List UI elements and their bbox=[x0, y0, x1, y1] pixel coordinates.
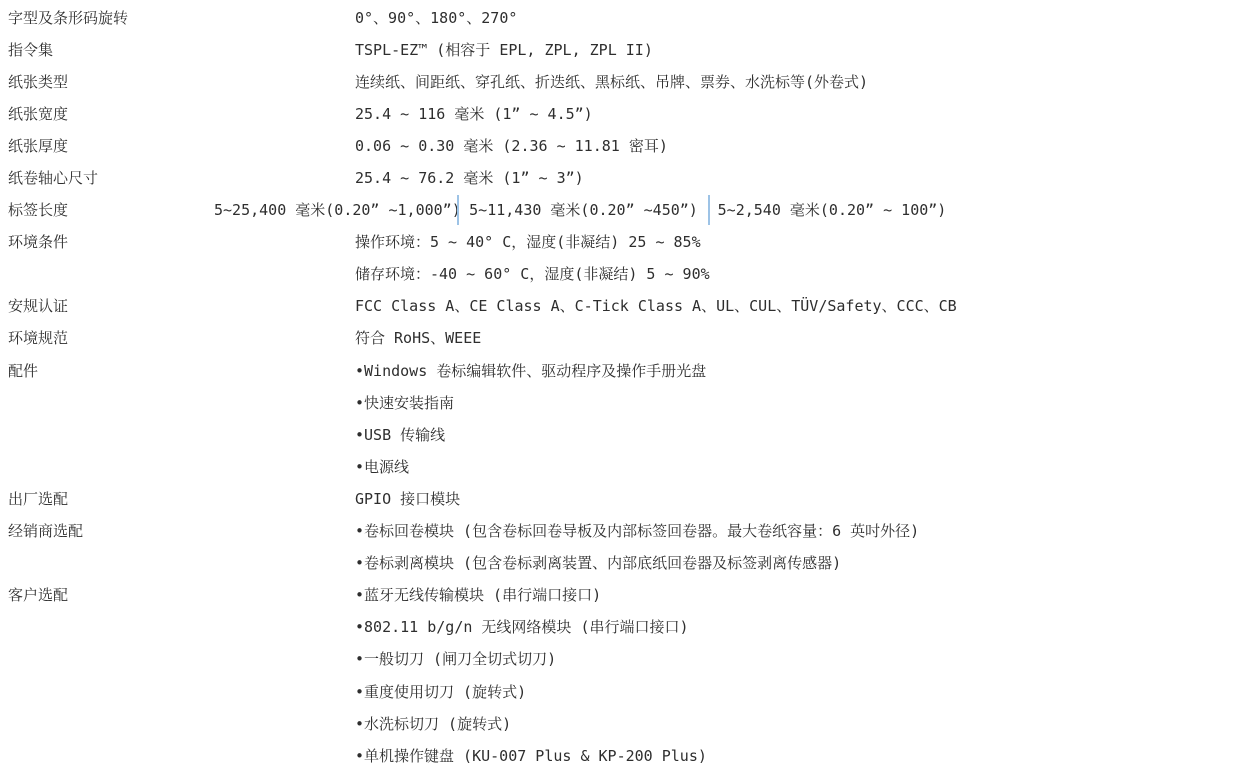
spec-row-label: 标签长度 bbox=[0, 199, 214, 220]
spec-row-value: •USB 传输线 bbox=[355, 424, 1239, 445]
spec-row-label: 纸张厚度 bbox=[0, 135, 355, 156]
spec-row: 环境条件操作环境：5 ~ 40° C，湿度(非凝结) 25 ~ 85% bbox=[0, 226, 1239, 258]
spec-row-label: 经销商选配 bbox=[0, 520, 355, 541]
spec-row-value: 操作环境：5 ~ 40° C，湿度(非凝结) 25 ~ 85% bbox=[355, 231, 1239, 252]
spec-row-value: •卷标回卷模块 (包含卷标回卷导板及内部标签回卷器。最大卷纸容量：6 英吋外径) bbox=[355, 520, 1239, 541]
spec-row-label: 环境规范 bbox=[0, 327, 355, 348]
spec-row-value: 连续纸、间距纸、穿孔纸、折迭纸、黑标纸、吊牌、票券、水洗标等(外卷式) bbox=[355, 71, 1239, 92]
spec-row: •电源线 bbox=[0, 450, 1239, 482]
printer-spec-table: 字型及条形码旋转0°、90°、180°、270°指令集TSPL-EZ™ (相容于… bbox=[0, 0, 1239, 771]
spec-row-value: •一般切刀 (闸刀全切式切刀) bbox=[355, 648, 1239, 669]
spec-row-label: 纸张宽度 bbox=[0, 103, 355, 124]
spec-row-value: 25.4 ~ 116 毫米 (1” ~ 4.5”) bbox=[355, 103, 1239, 124]
spec-row: 指令集TSPL-EZ™ (相容于 EPL, ZPL, ZPL II) bbox=[0, 33, 1239, 65]
label-length-cell: 5~2,540 毫米(0.20” ~ 100”) bbox=[710, 199, 954, 220]
spec-row: •802.11 b/g/n 无线网络模块 (串行端口接口) bbox=[0, 611, 1239, 643]
spec-row: 安规认证FCC Class A、CE Class A、C-Tick Class … bbox=[0, 290, 1239, 322]
spec-row: 标签长度5~25,400 毫米(0.20” ~1,000”)5~11,430 毫… bbox=[0, 194, 1239, 226]
spec-row-label: 字型及条形码旋转 bbox=[0, 7, 355, 28]
spec-row-value: •Windows 卷标编辑软件、驱动程序及操作手册光盘 bbox=[355, 360, 1239, 381]
spec-row-value: •重度使用切刀 (旋转式) bbox=[355, 681, 1239, 702]
label-length-cell: 5~11,430 毫米(0.20” ~450”) bbox=[459, 199, 708, 220]
spec-row-label: 客户选配 bbox=[0, 584, 355, 605]
spec-row-value: 0.06 ~ 0.30 毫米 (2.36 ~ 11.81 密耳) bbox=[355, 135, 1239, 156]
spec-row: 出厂选配GPIO 接口模块 bbox=[0, 482, 1239, 514]
spec-row: •快速安装指南 bbox=[0, 386, 1239, 418]
spec-row-value: TSPL-EZ™ (相容于 EPL, ZPL, ZPL II) bbox=[355, 39, 1239, 60]
label-length-cells: 5~25,400 毫米(0.20” ~1,000”)5~11,430 毫米(0.… bbox=[214, 194, 954, 226]
spec-row: 储存环境：-40 ~ 60° C，湿度(非凝结) 5 ~ 90% bbox=[0, 258, 1239, 290]
spec-row: 环境规范符合 RoHS、WEEE bbox=[0, 322, 1239, 354]
spec-row: 配件•Windows 卷标编辑软件、驱动程序及操作手册光盘 bbox=[0, 354, 1239, 386]
spec-row-value: •快速安装指南 bbox=[355, 392, 1239, 413]
spec-row-value: 储存环境：-40 ~ 60° C，湿度(非凝结) 5 ~ 90% bbox=[355, 263, 1239, 284]
spec-row-value: •单机操作键盘 (KU-007 Plus & KP-200 Plus) bbox=[355, 745, 1239, 766]
spec-row-value: •水洗标切刀 (旋转式) bbox=[355, 713, 1239, 734]
spec-row-label: 配件 bbox=[0, 360, 355, 381]
spec-row-value: 0°、90°、180°、270° bbox=[355, 7, 1239, 28]
spec-row-value: •卷标剥离模块 (包含卷标剥离装置、内部底纸回卷器及标签剥离传感器) bbox=[355, 552, 1239, 573]
spec-row-value: GPIO 接口模块 bbox=[355, 488, 1239, 509]
spec-row-value: 符合 RoHS、WEEE bbox=[355, 327, 1239, 348]
spec-row: •重度使用切刀 (旋转式) bbox=[0, 675, 1239, 707]
spec-row: •卷标剥离模块 (包含卷标剥离装置、内部底纸回卷器及标签剥离传感器) bbox=[0, 547, 1239, 579]
spec-row: 纸张类型连续纸、间距纸、穿孔纸、折迭纸、黑标纸、吊牌、票券、水洗标等(外卷式) bbox=[0, 65, 1239, 97]
spec-row: •USB 传输线 bbox=[0, 418, 1239, 450]
spec-row-value: •802.11 b/g/n 无线网络模块 (串行端口接口) bbox=[355, 616, 1239, 637]
spec-row-label: 纸卷轴心尺寸 bbox=[0, 167, 355, 188]
spec-row: 客户选配•蓝牙无线传输模块 (串行端口接口) bbox=[0, 579, 1239, 611]
spec-row-value: FCC Class A、CE Class A、C-Tick Class A、UL… bbox=[355, 295, 1239, 316]
spec-row: 纸张厚度0.06 ~ 0.30 毫米 (2.36 ~ 11.81 密耳) bbox=[0, 129, 1239, 161]
spec-row-label: 纸张类型 bbox=[0, 71, 355, 92]
spec-row-value: 25.4 ~ 76.2 毫米 (1” ~ 3”) bbox=[355, 167, 1239, 188]
label-length-cell: 5~25,400 毫米(0.20” ~1,000”) bbox=[214, 199, 457, 220]
spec-row: •单机操作键盘 (KU-007 Plus & KP-200 Plus) bbox=[0, 739, 1239, 771]
spec-row: 纸张宽度25.4 ~ 116 毫米 (1” ~ 4.5”) bbox=[0, 97, 1239, 129]
spec-row: 字型及条形码旋转0°、90°、180°、270° bbox=[0, 1, 1239, 33]
spec-row-label: 安规认证 bbox=[0, 295, 355, 316]
spec-row-label: 出厂选配 bbox=[0, 488, 355, 509]
spec-row: •一般切刀 (闸刀全切式切刀) bbox=[0, 643, 1239, 675]
spec-row: 纸卷轴心尺寸25.4 ~ 76.2 毫米 (1” ~ 3”) bbox=[0, 161, 1239, 193]
spec-row: 经销商选配•卷标回卷模块 (包含卷标回卷导板及内部标签回卷器。最大卷纸容量：6 … bbox=[0, 515, 1239, 547]
spec-row: •水洗标切刀 (旋转式) bbox=[0, 707, 1239, 739]
spec-row-label: 指令集 bbox=[0, 39, 355, 60]
spec-row-value: •蓝牙无线传输模块 (串行端口接口) bbox=[355, 584, 1239, 605]
spec-row-label: 环境条件 bbox=[0, 231, 355, 252]
spec-row-value: •电源线 bbox=[355, 456, 1239, 477]
